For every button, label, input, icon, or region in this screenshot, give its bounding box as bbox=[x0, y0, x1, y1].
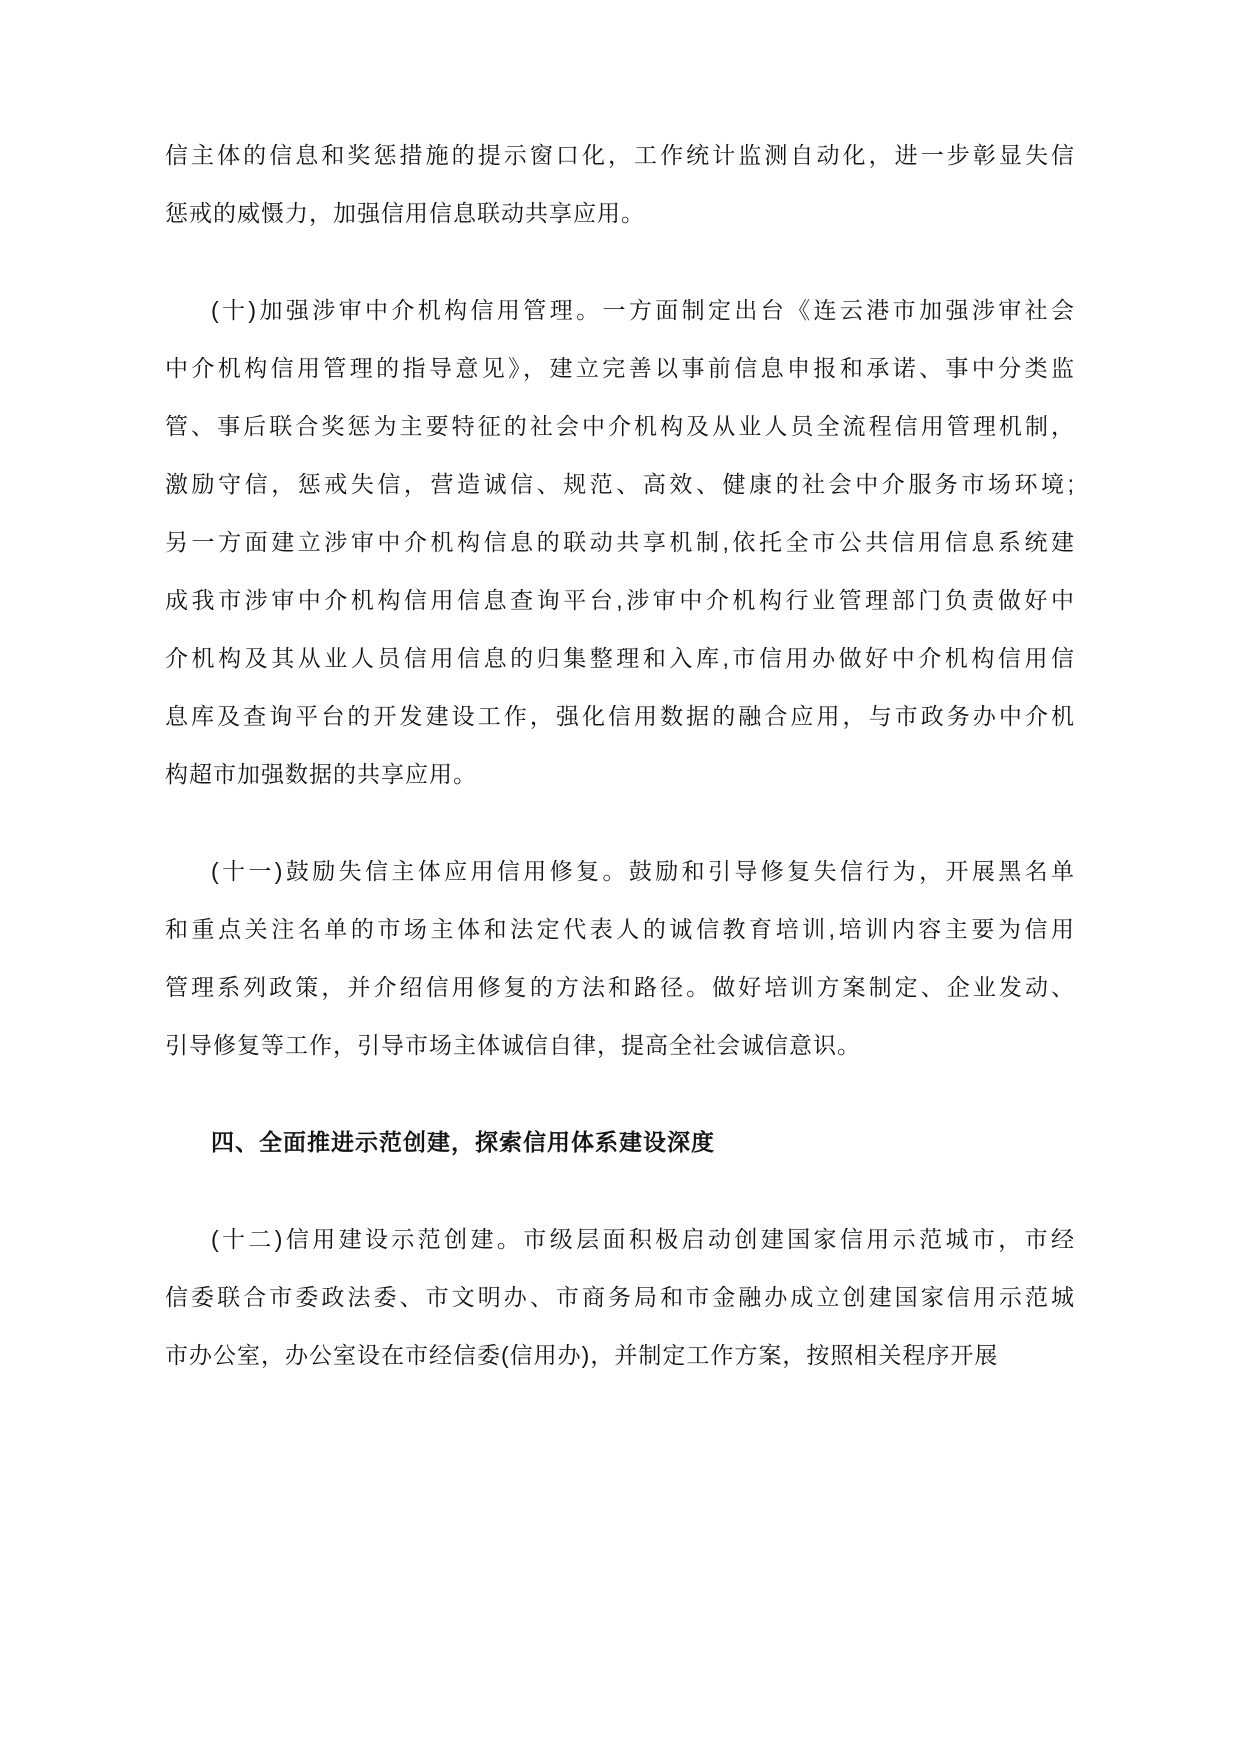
text-line: 信委联合市委政法委、市文明办、市商务局和市金融办成立创建国家信用示范城 bbox=[165, 1268, 1075, 1326]
text-line: 构超市加强数据的共享应用。 bbox=[165, 745, 1075, 803]
section-heading: 四、全面推进示范创建，探索信用体系建设深度 bbox=[165, 1113, 1075, 1171]
paragraph: (十一)鼓励失信主体应用信用修复。鼓励和引导修复失信行为，开展黑名单和重点关注名… bbox=[165, 842, 1075, 1074]
text-line: 引导修复等工作，引导市场主体诚信自律，提高全社会诚信意识。 bbox=[165, 1016, 1075, 1074]
text-line: (十)加强涉审中介机构信用管理。一方面制定出台《连云港市加强涉审社会 bbox=[165, 281, 1075, 339]
paragraph: (十二)信用建设示范创建。市级层面积极启动创建国家信用示范城市，市经信委联合市委… bbox=[165, 1210, 1075, 1384]
document-content: 信主体的信息和奖惩措施的提示窗口化，工作统计监测自动化，进一步彰显失信惩戒的威慑… bbox=[165, 126, 1075, 1384]
text-line: 中介机构信用管理的指导意见》，建立完善以事前信息申报和承诺、事中分类监 bbox=[165, 339, 1075, 397]
paragraph: (十)加强涉审中介机构信用管理。一方面制定出台《连云港市加强涉审社会中介机构信用… bbox=[165, 281, 1075, 803]
text-line: 管、事后联合奖惩为主要特征的社会中介机构及从业人员全流程信用管理机制， bbox=[165, 397, 1075, 455]
text-line: 成我市涉审中介机构信用信息查询平台,涉审中介机构行业管理部门负责做好中 bbox=[165, 571, 1075, 629]
text-line: 介机构及其从业人员信用信息的归集整理和入库,市信用办做好中介机构信用信 bbox=[165, 629, 1075, 687]
text-line: 信主体的信息和奖惩措施的提示窗口化，工作统计监测自动化，进一步彰显失信 bbox=[165, 126, 1075, 184]
text-line: 息库及查询平台的开发建设工作，强化信用数据的融合应用，与市政务办中介机 bbox=[165, 687, 1075, 745]
text-line: 激励守信，惩戒失信，营造诚信、规范、高效、健康的社会中介服务市场环境; bbox=[165, 455, 1075, 513]
text-line: 管理系列政策，并介绍信用修复的方法和路径。做好培训方案制定、企业发动、 bbox=[165, 958, 1075, 1016]
text-line: 和重点关注名单的市场主体和法定代表人的诚信教育培训,培训内容主要为信用 bbox=[165, 900, 1075, 958]
paragraph: 信主体的信息和奖惩措施的提示窗口化，工作统计监测自动化，进一步彰显失信惩戒的威慑… bbox=[165, 126, 1075, 242]
text-line: (十一)鼓励失信主体应用信用修复。鼓励和引导修复失信行为，开展黑名单 bbox=[165, 842, 1075, 900]
document-page: 信主体的信息和奖惩措施的提示窗口化，工作统计监测自动化，进一步彰显失信惩戒的威慑… bbox=[0, 0, 1241, 1754]
text-line: (十二)信用建设示范创建。市级层面积极启动创建国家信用示范城市，市经 bbox=[165, 1210, 1075, 1268]
text-line: 另一方面建立涉审中介机构信息的联动共享机制,依托全市公共信用信息系统建 bbox=[165, 513, 1075, 571]
text-line: 四、全面推进示范创建，探索信用体系建设深度 bbox=[165, 1113, 1075, 1171]
text-line: 市办公室，办公室设在市经信委(信用办)，并制定工作方案，按照相关程序开展 bbox=[165, 1326, 1075, 1384]
text-line: 惩戒的威慑力，加强信用信息联动共享应用。 bbox=[165, 184, 1075, 242]
